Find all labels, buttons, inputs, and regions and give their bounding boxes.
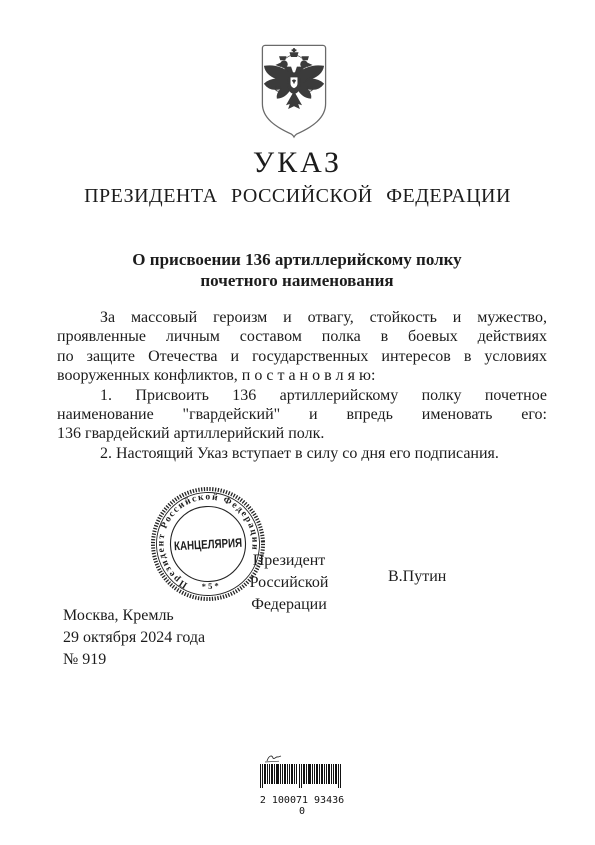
issuance-block: Москва, Кремль 29 октября 2024 года № 91… <box>63 605 205 671</box>
registration-mark-icon <box>264 754 286 763</box>
decree-document-page: УКАЗ ПРЕЗИДЕНТА РОССИЙСКОЙ ФЕДЕРАЦИИ О п… <box>0 0 595 845</box>
barcode-digits: 2 100071 93436 0 <box>256 795 348 817</box>
body-line: 2. Настоящий Указ вступает в силу со дня… <box>57 444 547 463</box>
barcode-icon <box>260 764 344 790</box>
issuance-date: 29 октября 2024 года <box>63 627 205 649</box>
body-line: За массовый героизм и отвагу, стойкость … <box>57 308 547 327</box>
decree-subject-heading: О присвоении 136 артиллерийскому полку п… <box>52 249 542 291</box>
body-line: по защите Отечества и государственных ин… <box>57 347 547 366</box>
decree-body-text: За массовый героизм и отвагу, стойкость … <box>57 308 547 463</box>
document-subtitle: ПРЕЗИДЕНТА РОССИЙСКОЙ ФЕДЕРАЦИИ <box>0 185 595 208</box>
body-line: 1. Присвоить 136 артиллерийскому полку п… <box>57 386 547 405</box>
body-line: проявленные личным составом полка в боев… <box>57 327 547 346</box>
stamp-center-text: КАНЦЕЛЯРИЯ <box>174 536 243 554</box>
chancellery-stamp: Президент Российской Федерации * 5 * КАН… <box>145 481 271 607</box>
barcode-block: 2 100071 93436 0 <box>256 754 348 817</box>
decree-subject-line2: почетного наименования <box>52 270 542 291</box>
stamp-bottom-number: * 5 * <box>201 581 219 592</box>
russian-coat-of-arms-icon <box>254 42 334 140</box>
signature-name: В.Путин <box>388 568 446 586</box>
document-title: УКАЗ <box>0 146 595 180</box>
body-line: 136 гвардейский артиллерийский полк. <box>57 424 547 443</box>
decree-subject-line1: О присвоении 136 артиллерийскому полку <box>52 249 542 270</box>
issuance-place: Москва, Кремль <box>63 605 205 627</box>
body-line: наименование "гвардейский" и впредь имен… <box>57 405 547 424</box>
body-line: вооруженных конфликтов, п о с т а н о в … <box>57 366 547 385</box>
decree-number: № 919 <box>63 649 205 671</box>
